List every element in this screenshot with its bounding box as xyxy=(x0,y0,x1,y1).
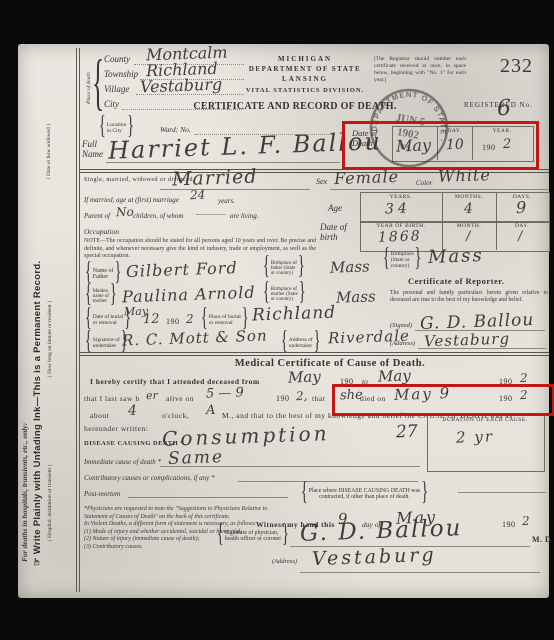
margin-inmate-bracket: { How long an inmate or resident } xyxy=(47,298,53,378)
year3-digit: 2, xyxy=(296,389,308,403)
physician-address-value: Vestaburg xyxy=(312,544,437,570)
contracted-place-label: Place where DISEASE CAUSING DEATH was co… xyxy=(309,488,421,500)
died-on-highlight-box xyxy=(332,384,554,416)
registered-no-value: 6 xyxy=(497,96,512,121)
duration-value: 2 yr xyxy=(456,427,495,446)
hereunder-label: hereunder written: xyxy=(84,424,148,433)
burial-year-printed: 190 xyxy=(166,317,180,326)
certificate-title: CERTIFICATE AND RECORD OF DEATH. xyxy=(190,101,400,112)
marriage-years-suffix: years. xyxy=(218,197,235,205)
registrar-note: [The Registrar should number each certif… xyxy=(374,56,466,84)
oclock-label: o'clock, xyxy=(162,411,189,420)
father-label: Name of Father xyxy=(93,268,114,280)
location-in-city-label: Location in City xyxy=(107,122,127,134)
reporter-body: The personal and family particulars here… xyxy=(390,290,548,304)
department-heading: DEPARTMENT OF STATE xyxy=(235,65,375,73)
margin-permanent-note: ☞ Write Plainly with Unfading Ink—This i… xyxy=(32,64,43,566)
burial-day-value: 12 xyxy=(143,312,160,328)
medical-title: Medical Certificate of Cause of Death. xyxy=(180,358,480,369)
county-label: County xyxy=(104,54,130,64)
state-heading: MICHIGAN xyxy=(250,55,360,63)
occupation-note: NOTE—The occupation should be stated for… xyxy=(84,238,316,261)
burial-year-digit: 2 xyxy=(186,312,194,326)
lansing-heading: LANSING xyxy=(250,75,360,83)
birthplace-label: Birthplace (State or country) xyxy=(391,251,414,269)
ampm-value: A xyxy=(206,403,216,418)
parent-blank-line: ———— xyxy=(196,210,226,218)
alive-on-label: alive on xyxy=(166,394,194,403)
city-label: City xyxy=(104,99,119,109)
that-label: that xyxy=(312,394,325,403)
father-value: Gilbert Ford xyxy=(126,258,238,281)
physician-signature-label: Signature of physician, health officer o… xyxy=(225,530,281,542)
attended-to-month: May xyxy=(378,366,411,385)
dob-year-value: 1868 xyxy=(378,228,422,246)
certificate-number: 232 xyxy=(500,55,533,78)
year5-printed: 190 xyxy=(502,520,516,529)
attended-from-month: May xyxy=(288,367,321,386)
age-months-value: 4 xyxy=(464,201,473,217)
full-name-label: Full Name xyxy=(82,139,103,159)
sex-label: Sex xyxy=(316,177,327,186)
margin-hospital-bracket: { Hospital, institution or transient } xyxy=(47,462,53,542)
year3-printed: 190 xyxy=(276,394,290,403)
parent-of-label: Parent of xyxy=(84,212,110,220)
undertaker-label: Signature of undertaker xyxy=(93,337,120,349)
ward-no-label: Ward; No. xyxy=(160,125,191,134)
undertaker-address-label: Address of undertaker xyxy=(289,337,313,349)
marriage-age-label: If married, age at (first) marriage xyxy=(84,196,179,204)
village-label: Village xyxy=(104,84,129,94)
age-label: Age xyxy=(328,203,342,213)
hour-value: 4 xyxy=(128,403,137,419)
burial-place-label: Place of burial or removal xyxy=(209,314,241,326)
age-days-value: 9 xyxy=(516,198,527,217)
saw-er: er xyxy=(146,389,158,402)
age-months-header: MONTHS. xyxy=(442,194,496,200)
age-years-value: 34 xyxy=(385,201,411,218)
mother-label: Maiden name of mother xyxy=(93,289,109,304)
dob-day-value: / xyxy=(518,229,523,244)
undertaker-address-value: Riverdale xyxy=(328,327,410,348)
year2-digit: 2 xyxy=(520,371,528,385)
margin-widowed-bracket: { Date or how widowed } xyxy=(46,100,52,180)
color-label: Color xyxy=(416,179,432,187)
saw-date: 5 — 9 xyxy=(206,385,244,401)
sex-value: Female xyxy=(334,167,400,188)
margin-deaths-note: For deaths in hospitals, transients, etc… xyxy=(20,332,29,562)
dob-label: Date of birth xyxy=(320,222,347,242)
marriage-age-value: 24 xyxy=(190,188,206,203)
township-label: Township xyxy=(104,69,138,79)
year5-digit: 2 xyxy=(522,514,530,528)
saw-text: that I last saw h xyxy=(84,394,140,403)
mother-birthplace-value: Mass xyxy=(336,287,376,306)
reporter-title: Certificate of Reporter. xyxy=(408,276,504,286)
parent-living-label: are living. xyxy=(230,212,259,220)
md-suffix: M. D xyxy=(532,535,551,544)
dob-month-value: / xyxy=(466,229,471,244)
marital-status-value: Married xyxy=(172,166,258,191)
burial-date-label: Date of burial or removal xyxy=(93,314,124,326)
physician-address-label: (Address) xyxy=(272,558,297,565)
father-birthplace-label: Birthplace of father (State or country) xyxy=(271,261,297,276)
father-birthplace-value: Mass xyxy=(330,257,370,276)
burial-place-value: Richland xyxy=(252,303,337,326)
about-label: about xyxy=(90,411,109,420)
duration-header: DURATION OF EACH CAUSE. xyxy=(429,417,541,423)
county-block-brace: { xyxy=(92,46,104,118)
birthplace-value: Mass xyxy=(428,245,484,268)
contributory-label: Contributory causes or complications, if… xyxy=(84,474,214,482)
immediate-cause-label: Immediate cause of death * xyxy=(84,458,161,466)
disease-mark: 27 xyxy=(396,422,418,443)
division-heading: VITAL STATISTICS DIVISION. xyxy=(235,87,375,94)
occupation-label: Occupation xyxy=(84,227,119,236)
parent-count-value: No xyxy=(116,205,134,220)
postmortem-label: Post-mortem xyxy=(84,490,120,498)
date-of-death-highlight-box xyxy=(342,121,539,170)
parent-children-label: children, of whom xyxy=(133,212,184,220)
mother-birthplace-label: Birthplace of mother (State or country) xyxy=(271,287,298,302)
margin-divider-rule xyxy=(76,48,80,592)
age-years-header: YEARS. xyxy=(360,194,442,200)
